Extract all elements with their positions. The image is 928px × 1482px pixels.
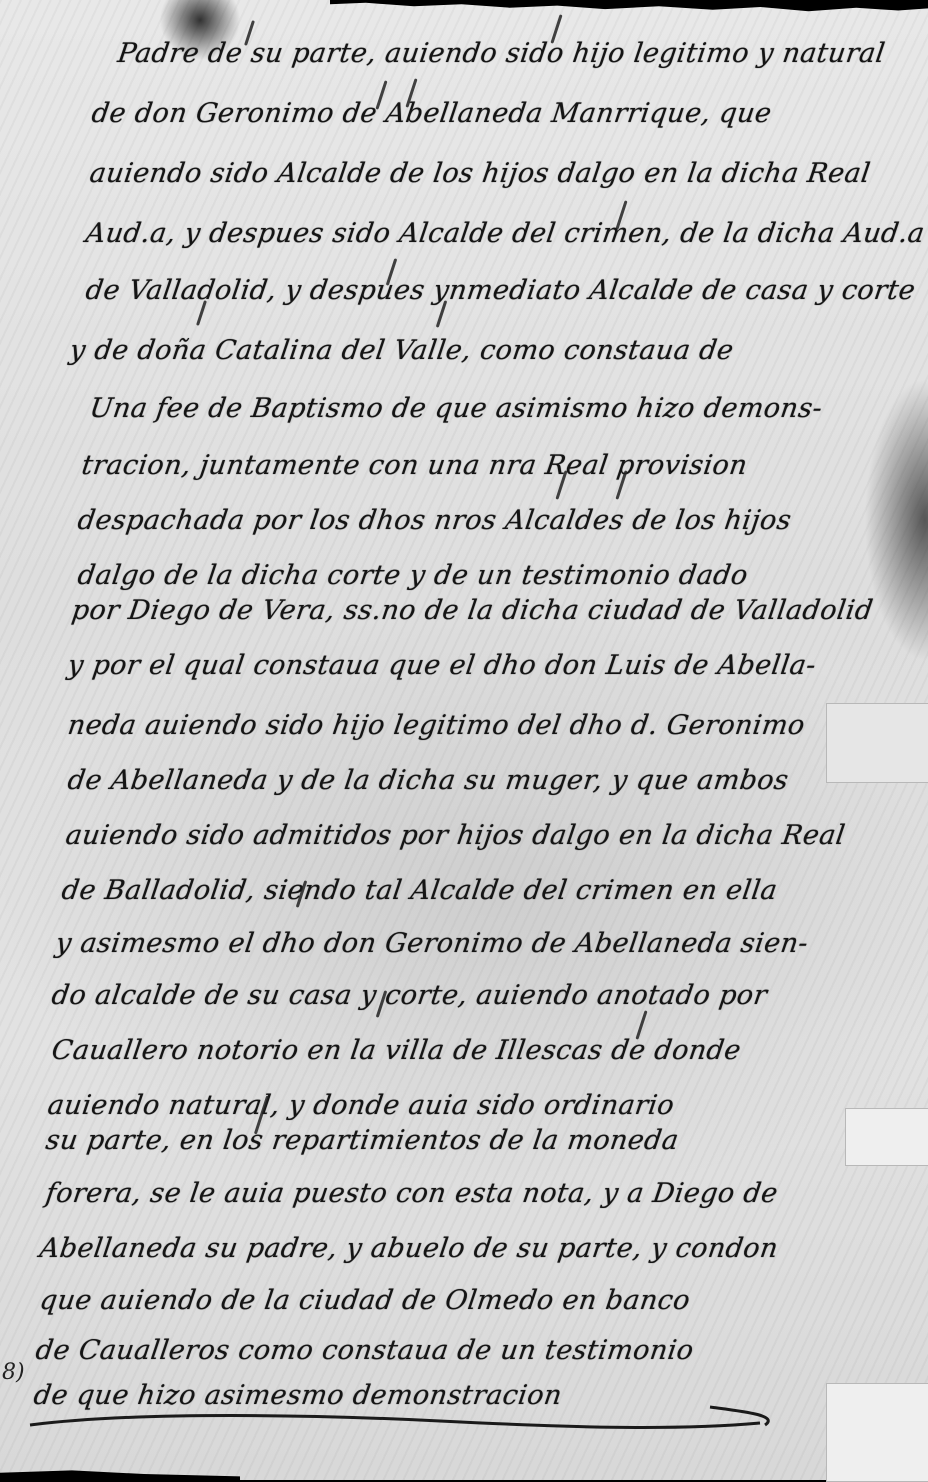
manuscript-line: y de doña Catalina del Valle, como const… bbox=[68, 335, 928, 366]
manuscript-line: auiendo sido Alcalde de los hijos dalgo … bbox=[88, 158, 928, 189]
manuscript-line: Padre de su parte, auiendo sido hijo leg… bbox=[116, 38, 928, 69]
manuscript-line: de Valladolid, y despues ynmediato Alcal… bbox=[84, 275, 928, 306]
manuscript-line: forera, se le auia puesto con esta nota,… bbox=[44, 1178, 928, 1209]
manuscript-line: Aud.a, y despues sido Alcalde del crimen… bbox=[84, 218, 928, 249]
manuscript-line: y por el qual constaua que el dho don Lu… bbox=[66, 650, 928, 681]
manuscript-line: por Diego de Vera, ss.no de la dicha ciu… bbox=[70, 595, 928, 626]
manuscript-line: auiendo sido admitidos por hijos dalgo e… bbox=[64, 820, 928, 851]
manuscript-page: Padre de su parte, auiendo sido hijo leg… bbox=[0, 0, 928, 1480]
manuscript-line: y asimesmo el dho don Geronimo de Abella… bbox=[54, 928, 928, 959]
manuscript-line: dalgo de la dicha corte y de un testimon… bbox=[76, 560, 928, 591]
manuscript-line: auiendo natural, y donde auia sido ordin… bbox=[46, 1090, 928, 1121]
manuscript-line: de Caualleros como constaua de un testim… bbox=[34, 1335, 918, 1366]
torn-bottom-edge bbox=[0, 1468, 240, 1480]
manuscript-line: neda auiendo sido hijo legitimo del dho … bbox=[66, 710, 928, 741]
manuscript-line: Cauallero notorio en la villa de Illesca… bbox=[50, 1035, 928, 1066]
manuscript-line: su parte, en los repartimientos de la mo… bbox=[44, 1125, 928, 1156]
manuscript-line: despachada por los dhos nros Alcaldes de… bbox=[76, 505, 928, 536]
manuscript-line: de Balladolid, siendo tal Alcalde del cr… bbox=[60, 875, 928, 906]
manuscript-line: Una fee de Baptismo de que asimismo hizo… bbox=[88, 393, 928, 424]
manuscript-line: tracion, juntamente con una nra Real pro… bbox=[80, 450, 928, 481]
manuscript-line: Abellaneda su padre, y abuelo de su part… bbox=[38, 1233, 922, 1264]
closing-flourish-icon bbox=[20, 1405, 780, 1435]
margin-note: 8) bbox=[2, 1360, 25, 1385]
torn-top-edge bbox=[330, 0, 928, 14]
manuscript-line: do alcalde de su casa y corte, auiendo a… bbox=[50, 980, 928, 1011]
manuscript-line: de Abellaneda y de la dicha su muger, y … bbox=[66, 765, 928, 796]
manuscript-line: que auiendo de la ciudad de Olmedo en ba… bbox=[38, 1285, 922, 1316]
manuscript-line: de don Geronimo de Abellaneda Manrrique,… bbox=[90, 98, 928, 129]
